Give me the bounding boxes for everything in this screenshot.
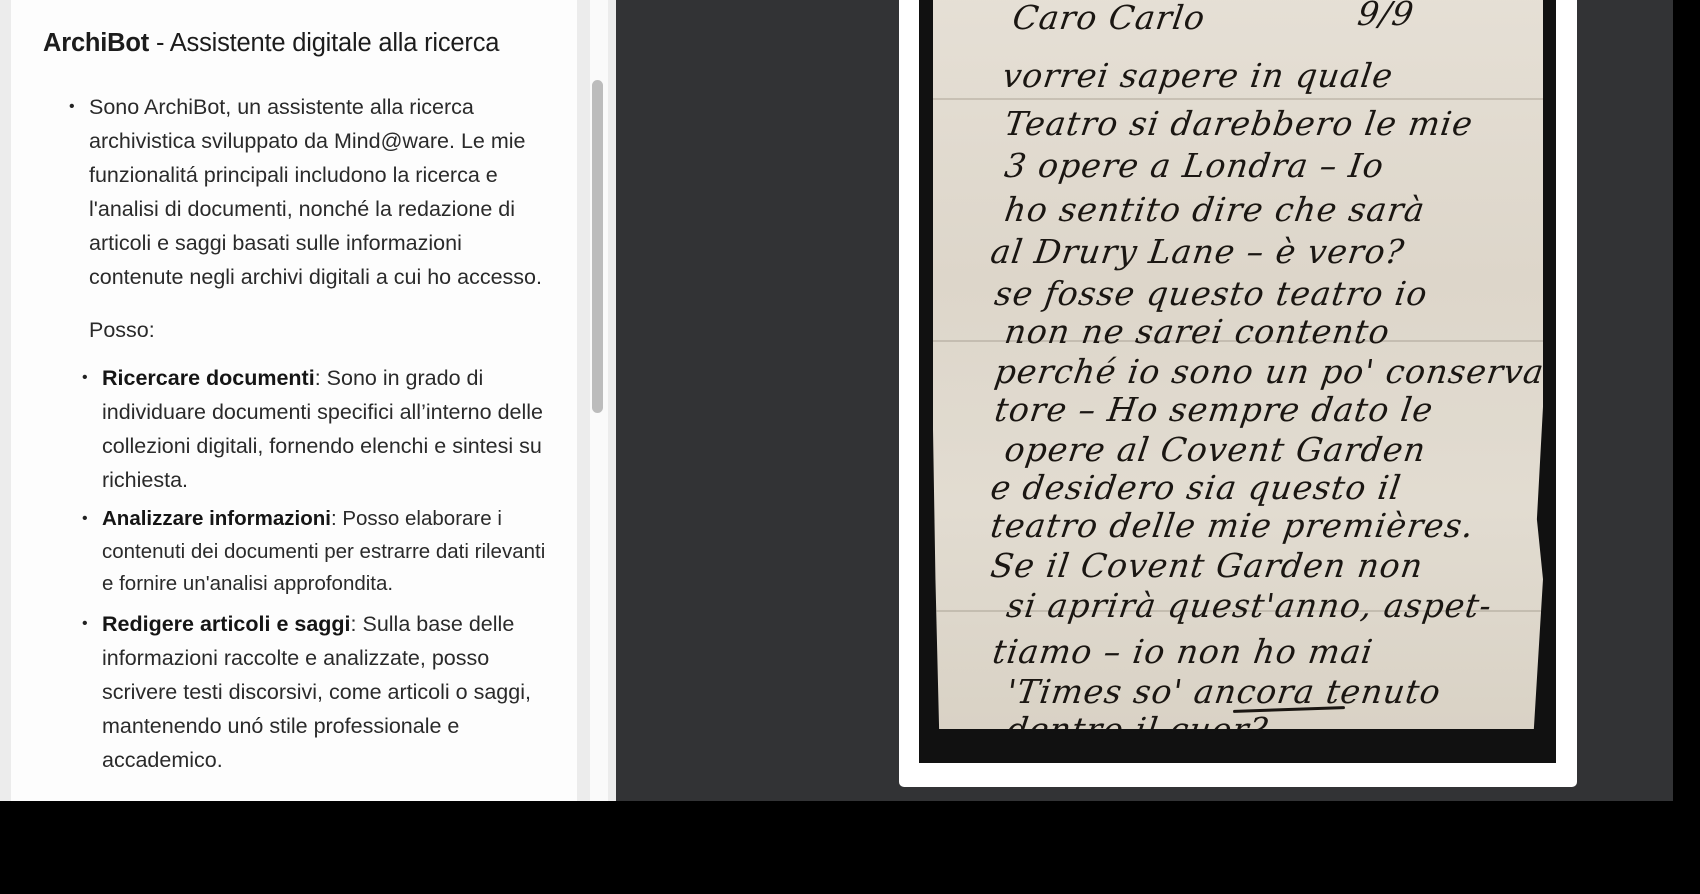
document-viewer-frame: Caro Carlo9/9wvorrei sapere in qualeTeat… — [899, 0, 1577, 787]
letter-handwriting-line: se fosse questo teatro io — [992, 274, 1430, 313]
bullet-icon: • — [82, 503, 88, 536]
panel-scrollbar-thumb[interactable] — [592, 80, 603, 413]
capabilities-intro: Posso: — [89, 313, 577, 347]
assistant-message: • Sono ArchiBot, un assistente alla rice… — [11, 90, 577, 783]
letter-handwriting-line: 3 opere a Londra – Io — [1002, 146, 1386, 185]
intro-list: • Sono ArchiBot, un assistente alla rice… — [11, 90, 577, 294]
letter-handwriting-line: opere al Covent Garden — [1002, 430, 1429, 469]
letter-handwriting-line: 9/9 — [1355, 0, 1417, 33]
panel-scrollbar[interactable] — [590, 0, 608, 801]
letter-handwriting-line: teatro delle mie premières. — [988, 506, 1477, 545]
letter-handwriting-line: tore – Ho sempre dato le — [992, 390, 1436, 429]
letter-handwriting-line: dentro il cuor? — [1004, 710, 1270, 749]
letter-handwriting-line: non ne sarei contento — [1002, 312, 1392, 351]
bullet-icon: • — [82, 361, 88, 395]
letter-handwriting-line: w — [1430, 0, 1465, 5]
letter-handwriting-line: al Drury Lane – è vero? — [988, 232, 1407, 271]
assistant-title: ArchiBot - Assistente digitale alla rice… — [43, 29, 499, 58]
assistant-subtitle: - Assistente digitale alla ricerca — [149, 29, 499, 57]
capability-label: Analizzare informazioni — [102, 507, 331, 530]
letter-handwriting-line: Teatro si darebbero le mie — [1002, 104, 1475, 143]
bullet-icon: • — [82, 607, 88, 641]
letter-handwriting-line: e desidero sia questo il — [988, 468, 1404, 507]
letter-handwriting-line: Se il Covent Garden non — [988, 546, 1426, 585]
paper-fold-line — [933, 98, 1543, 100]
letter-handwriting-line: tiamo – io non ho mai — [990, 632, 1376, 671]
letter-paper: Caro Carlo9/9wvorrei sapere in qualeTeat… — [933, 0, 1543, 729]
capability-label: Ricercare documenti — [102, 366, 315, 390]
letter-handwriting-line: perché io sono un po' conserva- — [992, 352, 1559, 391]
letter-handwriting-line: vorrei sapere in quale — [1000, 56, 1396, 95]
capability-label: Redigere articoli e saggi — [102, 612, 351, 636]
letter-handwriting-line: 'Times so' ancora tenuto — [1004, 672, 1443, 711]
capability-item: • Redigere articoli e saggi: Sulla base … — [102, 607, 562, 777]
letter-handwriting-line: ho sentito dire che sarà — [1002, 190, 1428, 229]
capabilities-list: • Ricercare documenti: Sono in grado di … — [11, 361, 577, 777]
app-viewport: ArchiBot - Assistente digitale alla rice… — [0, 0, 1673, 801]
letter-handwriting-line: Caro Carlo — [1010, 0, 1208, 37]
bottom-black-bar — [0, 801, 1700, 894]
assistant-name: ArchiBot — [43, 29, 149, 57]
bullet-icon: • — [69, 90, 75, 124]
intro-text: Sono ArchiBot, un assistente alla ricerc… — [89, 95, 542, 289]
assistant-message-area[interactable]: ArchiBot - Assistente digitale alla rice… — [11, 0, 577, 801]
letter-handwriting-line: si aprirà quest'anno, aspet- — [1004, 586, 1494, 625]
letter-scan-image[interactable]: Caro Carlo9/9wvorrei sapere in qualeTeat… — [919, 0, 1556, 763]
assistant-panel: ArchiBot - Assistente digitale alla rice… — [0, 0, 616, 801]
capability-item: • Analizzare informazioni: Posso elabora… — [102, 503, 562, 601]
intro-item: • Sono ArchiBot, un assistente alla rice… — [89, 90, 559, 294]
capability-item: • Ricercare documenti: Sono in grado di … — [102, 361, 562, 497]
